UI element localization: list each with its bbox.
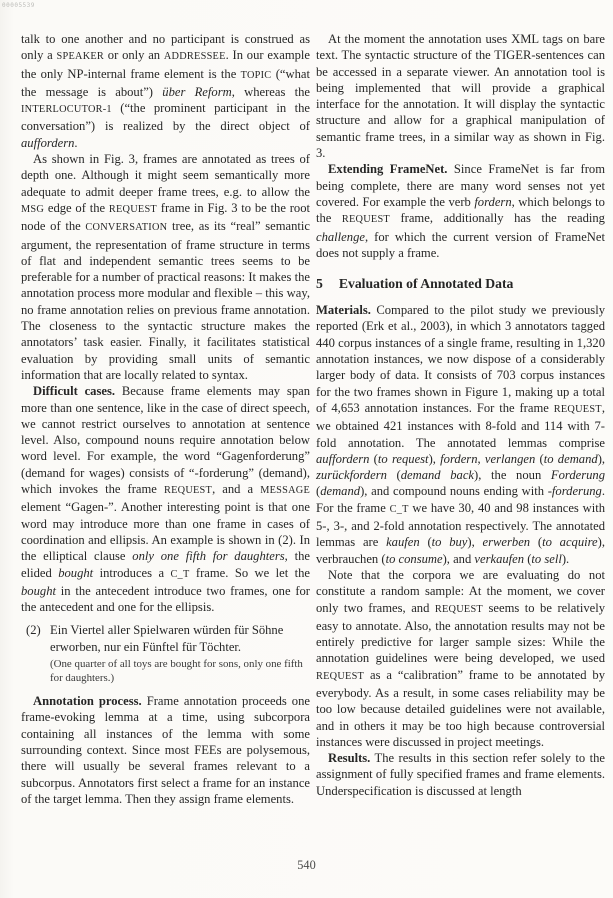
smallcaps-text: REQUEST	[435, 604, 483, 615]
smallcaps-text: REQUEST	[554, 404, 602, 415]
body-text: or only an	[104, 48, 164, 62]
numbered-example: (2)Ein Viertel aller Spielwaren würden f…	[21, 622, 310, 685]
page-number: 540	[0, 858, 613, 873]
body-text: (	[535, 452, 543, 466]
body-text: ,	[478, 452, 485, 466]
body-text: (	[530, 535, 542, 549]
paragraph: Note that the corpora we are evaluating …	[316, 567, 605, 750]
italic-text: über Reform	[162, 85, 231, 99]
bold-lead-text: Extending FrameNet.	[328, 162, 447, 176]
paragraph: Extending FrameNet. Since FrameNet is fa…	[316, 161, 605, 261]
right-column: At the moment the annotation uses XML ta…	[316, 31, 605, 799]
smallcaps-text: MESSAGE	[260, 485, 310, 496]
italic-text: demand back	[401, 468, 474, 482]
body-text: frame, additionally has the reading	[390, 211, 605, 225]
body-text: , whereas the	[232, 85, 310, 99]
example-gloss: (One quarter of all toys are bought for …	[50, 658, 310, 685]
left-column: talk to one another and no participant i…	[21, 31, 310, 807]
smallcaps-text: INTERLOCUTOR-1	[21, 104, 112, 115]
paragraph: Annotation process. Frame annotation pro…	[21, 693, 310, 807]
paragraph: Results. The results in this section ref…	[316, 750, 605, 799]
paragraph: As shown in Fig. 3, frames are annotated…	[21, 151, 310, 383]
body-text: ),	[598, 452, 605, 466]
italic-text: kaufen	[386, 535, 420, 549]
example-number: (2)	[26, 622, 41, 638]
example-sentence: Ein Viertel aller Spielwaren würden für …	[50, 622, 310, 655]
smallcaps-text: C_T	[390, 504, 409, 515]
smallcaps-text: REQUEST	[109, 204, 157, 215]
body-text: Compared to the pilot study we previousl…	[316, 303, 605, 415]
italic-text: to buy	[432, 535, 468, 549]
paragraph: At the moment the annotation uses XML ta…	[316, 31, 605, 161]
smallcaps-text: C_T	[170, 569, 189, 580]
bold-lead-text: Difficult cases.	[33, 384, 115, 398]
italic-text: to demand	[544, 452, 598, 466]
section-number: 5	[316, 275, 323, 292]
body-text: edge of the	[44, 201, 109, 215]
italic-text: to sell	[531, 552, 561, 566]
body-text: At the moment the annotation uses XML ta…	[316, 32, 605, 160]
smallcaps-text: REQUEST	[164, 485, 212, 496]
body-text: tree, as its “real” semantic argument, t…	[21, 219, 310, 382]
body-text: ), the noun	[474, 468, 551, 482]
italic-text: auffordern	[21, 136, 74, 150]
bold-lead-text: Materials.	[316, 303, 371, 317]
smallcaps-text: ADDRESSEE	[164, 51, 226, 62]
body-text: As shown in Fig. 3, frames are annotated…	[21, 152, 310, 199]
section-title: Evaluation of Annotated Data	[339, 276, 514, 291]
italic-text: Forderung	[551, 468, 605, 482]
italic-text: verlangen	[485, 452, 535, 466]
smallcaps-text: REQUEST	[342, 214, 390, 225]
italic-text: only one fifth for daughters	[132, 549, 284, 563]
paper-page: 00005539 talk to one another and no part…	[0, 0, 613, 898]
body-text: ), and compound nouns ending with	[360, 484, 548, 498]
body-text: (	[387, 468, 401, 482]
italic-text: auffordern	[316, 452, 369, 466]
italic-text: bought	[58, 566, 93, 580]
italic-text: -forderung	[548, 484, 602, 498]
body-text: (	[369, 452, 377, 466]
paragraph: Difficult cases. Because frame elements …	[21, 383, 310, 615]
body-text: Because frame elements may span more tha…	[21, 384, 310, 496]
bold-lead-text: Results.	[328, 751, 370, 765]
smallcaps-text: MSG	[21, 204, 44, 215]
body-text: .	[74, 136, 77, 150]
body-text: ), and	[443, 552, 475, 566]
smallcaps-text: SPEAKER	[57, 51, 105, 62]
italic-text: fordern	[440, 452, 477, 466]
body-text: Ein Viertel aller Spielwaren würden für …	[50, 623, 283, 653]
italic-text: verkaufen	[474, 552, 524, 566]
body-text: frame. So we let the	[190, 566, 311, 580]
scan-id-mark: 00005539	[2, 2, 35, 9]
italic-text: erwerben	[483, 535, 531, 549]
italic-text: to consume	[386, 552, 443, 566]
body-text: introduces a	[93, 566, 170, 580]
italic-text: fordern	[474, 195, 511, 209]
paragraph: talk to one another and no participant i…	[21, 31, 310, 151]
body-text: , and a	[212, 482, 260, 496]
smallcaps-text: TOPIC	[241, 70, 272, 81]
italic-text: demand	[320, 484, 360, 498]
paragraph: Materials. Compared to the pilot study w…	[316, 302, 605, 567]
body-text: in the antecedent introduce two frames, …	[21, 584, 310, 614]
body-text: ),	[429, 452, 441, 466]
body-text: ),	[467, 535, 482, 549]
bold-lead-text: Annotation process.	[33, 694, 142, 708]
body-text: (	[420, 535, 432, 549]
italic-text: to request	[378, 452, 429, 466]
italic-text: bought	[21, 584, 56, 598]
body-text: Frame annotation proceeds one frame-evok…	[21, 694, 310, 806]
section-heading: 5Evaluation of Annotated Data	[316, 275, 605, 292]
smallcaps-text: CONVERSATION	[85, 222, 167, 233]
smallcaps-text: REQUEST	[316, 671, 364, 682]
italic-text: challenge	[316, 230, 365, 244]
body-text: ).	[562, 552, 569, 566]
italic-text: zurückfordern	[316, 468, 387, 482]
italic-text: to acquire	[542, 535, 598, 549]
